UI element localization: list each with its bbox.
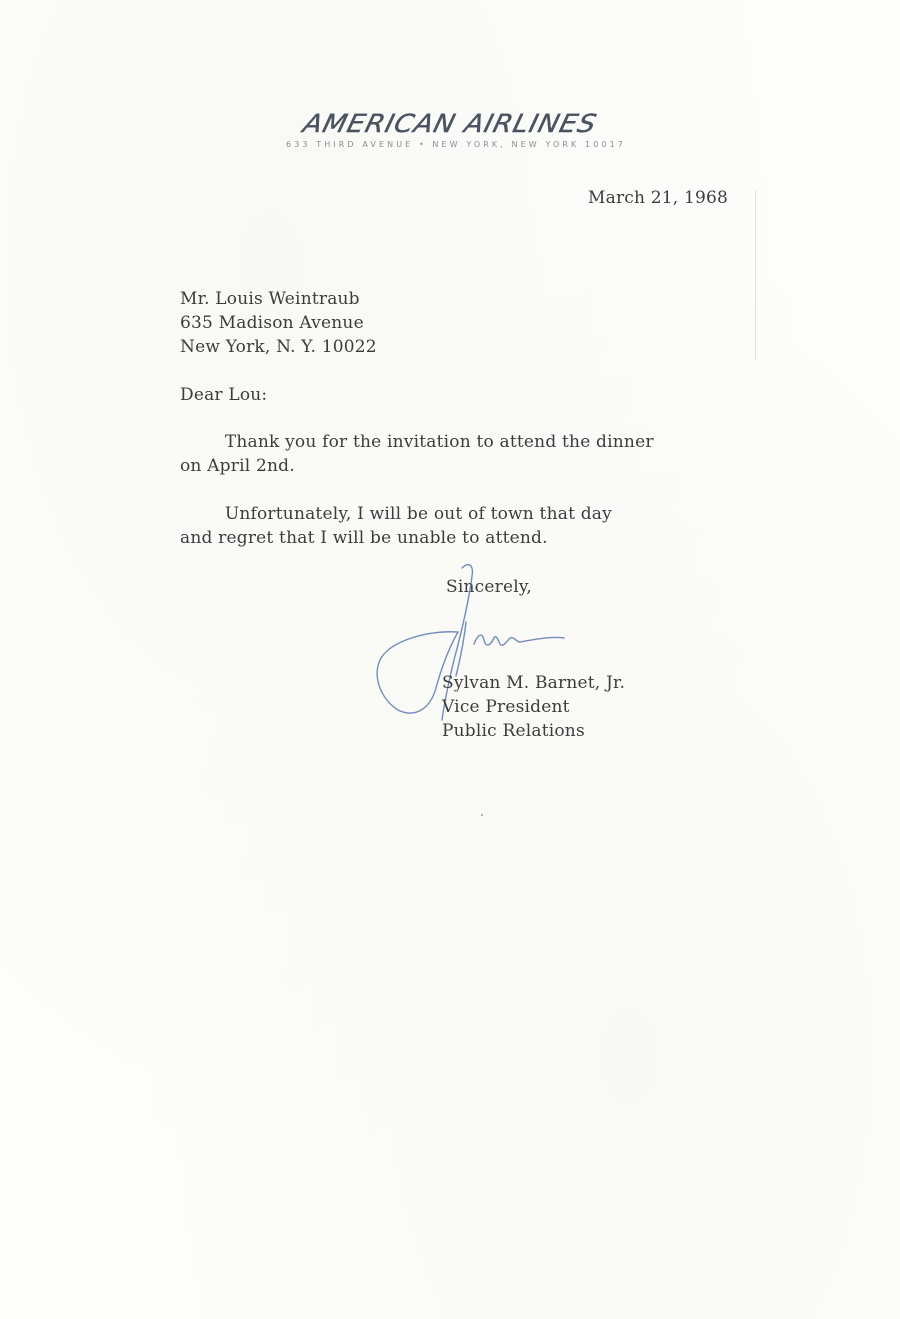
- salutation: Dear Lou:: [180, 383, 267, 407]
- company-logo-text: AMERICAN AIRLINES: [220, 110, 681, 138]
- signer-block: Sylvan M. Barnet, Jr.Vice PresidentPubli…: [442, 671, 625, 743]
- paragraph-line: on April 2nd.: [180, 454, 654, 478]
- signer-department: Public Relations: [442, 719, 625, 743]
- recipient-address-block: Mr. Louis Weintraub635 Madison AvenueNew…: [180, 287, 377, 359]
- paper-crease: [755, 190, 756, 360]
- letterhead: AMERICAN AIRLINES 633 THIRD AVENUE • NEW…: [240, 110, 660, 149]
- paper-speck: [481, 814, 483, 816]
- paragraph-line: Unfortunately, I will be out of town tha…: [180, 502, 612, 526]
- body-paragraph: Thank you for the invitation to attend t…: [180, 430, 654, 478]
- paragraph-line: Thank you for the invitation to attend t…: [180, 430, 654, 454]
- company-address: 633 THIRD AVENUE • NEW YORK, NEW YORK 10…: [252, 140, 660, 149]
- recipient-city: New York, N. Y. 10022: [180, 335, 377, 359]
- paragraph-line: and regret that I will be unable to atte…: [180, 526, 612, 550]
- signer-name: Sylvan M. Barnet, Jr.: [442, 671, 625, 695]
- recipient-street: 635 Madison Avenue: [180, 311, 377, 335]
- closing: Sincerely,: [446, 575, 532, 599]
- body-paragraph: Unfortunately, I will be out of town tha…: [180, 502, 612, 550]
- signer-title: Vice President: [442, 695, 625, 719]
- letter-date: March 21, 1968: [588, 186, 728, 210]
- letter-paper: [0, 0, 900, 1319]
- recipient-name: Mr. Louis Weintraub: [180, 287, 377, 311]
